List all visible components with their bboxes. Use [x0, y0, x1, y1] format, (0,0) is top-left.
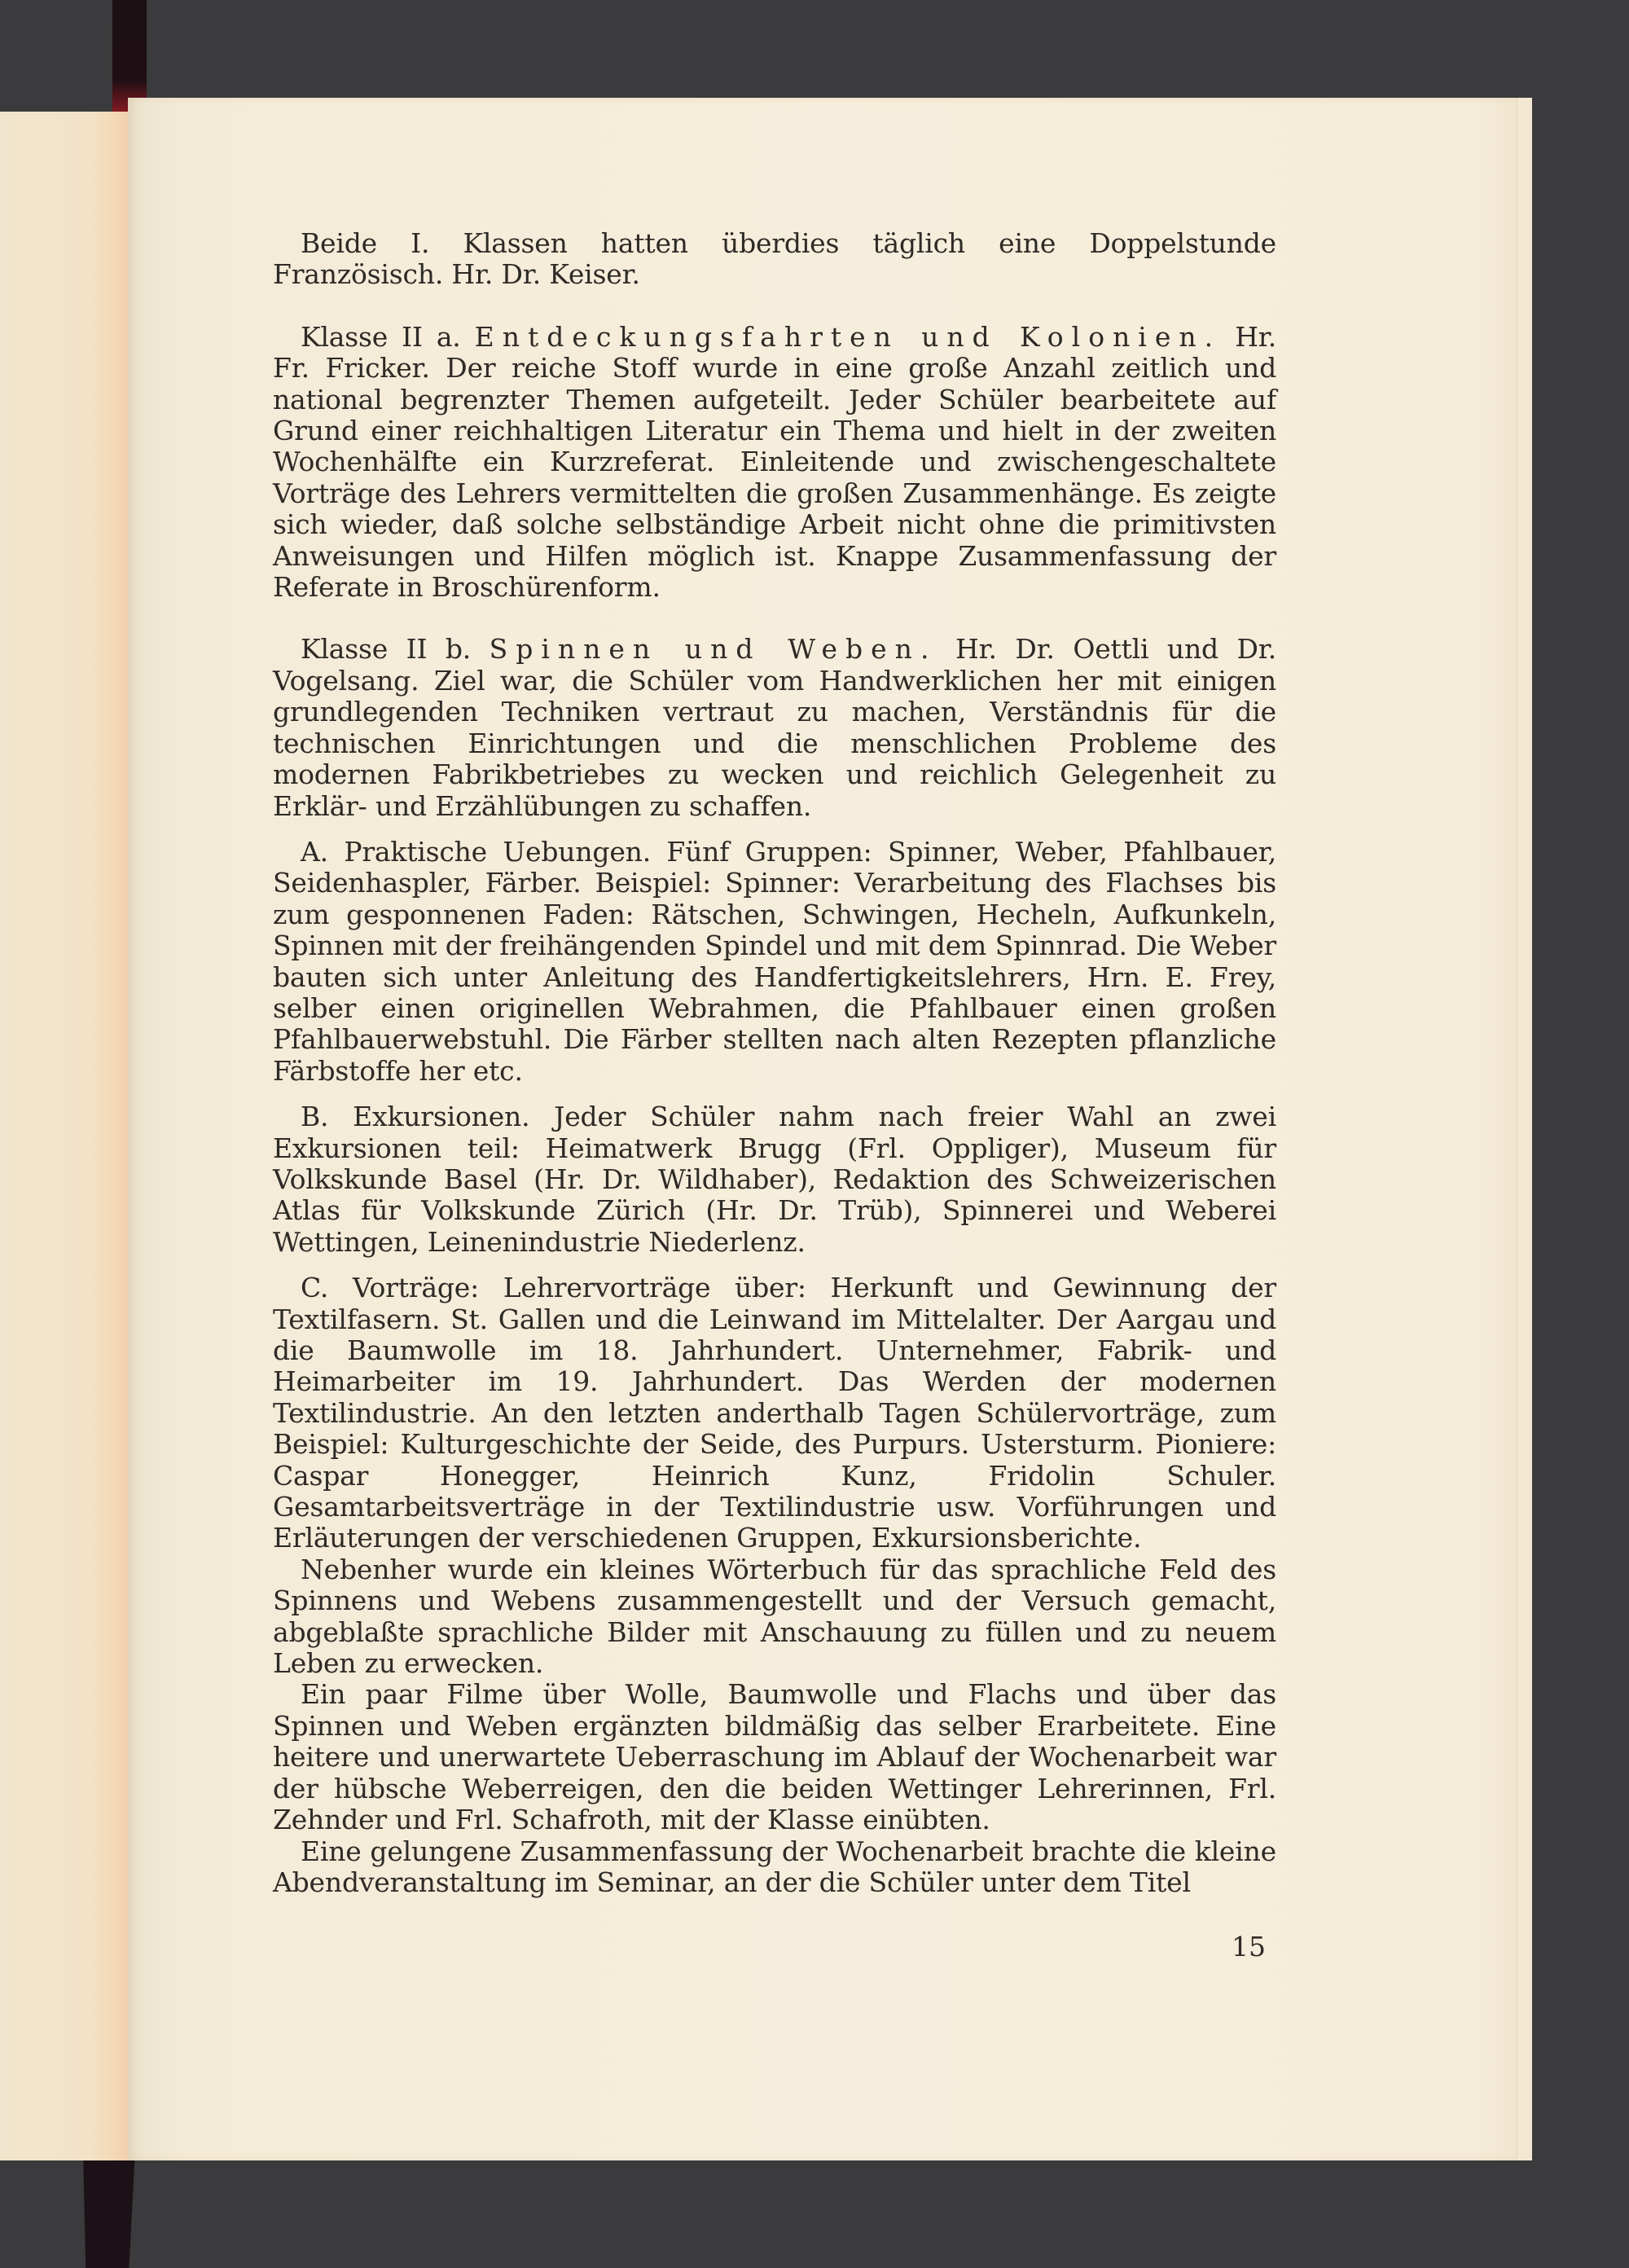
class-label: Klasse II a.: [301, 321, 461, 353]
paragraph-klasse-2b: Klasse II b. Spinnen und Weben. Hr. Dr. …: [273, 634, 1276, 821]
bookmark-ribbon-top: [112, 0, 147, 114]
class-label: Klasse II b.: [301, 633, 471, 665]
paragraph-section-a: A. Praktische Uebungen. Fünf Gruppen: Sp…: [273, 837, 1276, 1087]
bookmark-ribbon-bottom: [83, 2151, 135, 2268]
paragraph-klasse-2a: Klasse II a. Entdeckungsfahrten und Kolo…: [273, 322, 1276, 604]
left-page-edge: [0, 112, 128, 2160]
book-page: Beide I. Klassen hatten überdies täglich…: [128, 98, 1532, 2160]
page-number: 15: [1232, 1931, 1266, 1963]
paragraph-zusammenfassung: Eine gelungene Zusammenfassung der Woche…: [273, 1836, 1276, 1899]
section-title: Spinnen und Weben.: [490, 633, 937, 665]
paragraph-section-b: B. Exkursionen. Jeder Schüler nahm nach …: [273, 1101, 1276, 1258]
paragraph-intro: Beide I. Klassen hatten überdies täglich…: [273, 228, 1276, 291]
paragraph-woerterbuch: Nebenher wurde ein kleines Wörterbuch fü…: [273, 1554, 1276, 1680]
paragraph-body: Hr. Fr. Fricker. Der reiche Stoff wurde …: [273, 321, 1276, 603]
section-title: Entdeckungsfahrten und Kolonien.: [475, 321, 1222, 353]
text-column: Beide I. Klassen hatten überdies täglich…: [273, 228, 1276, 1898]
paragraph-filme: Ein paar Filme über Wolle, Baumwolle und…: [273, 1679, 1276, 1835]
paragraph-section-c: C. Vorträge: Lehrervorträge über: Herkun…: [273, 1272, 1276, 1554]
